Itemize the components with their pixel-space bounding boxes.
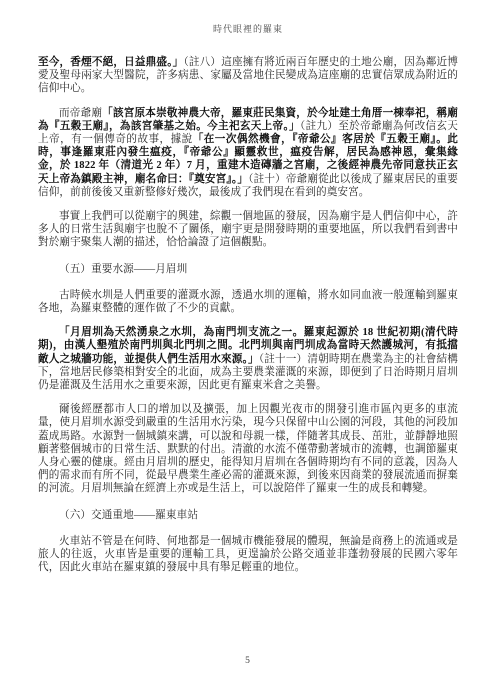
- page-number: 5: [0, 656, 495, 666]
- body-text: 而帝爺廟: [59, 108, 102, 119]
- paragraph: 古時候水圳是人們重要的灌溉水源，透過水圳的運輸，將水如同血液一般運輸到羅東各地，…: [38, 289, 458, 315]
- body-text: 古時候水圳是人們重要的灌溉水源，透過水圳的運輸，將水如同血液一般運輸到羅東各地，…: [38, 290, 458, 314]
- quote-bold-text: 至今，香煙不絕，日益鼎盛。」: [38, 57, 183, 68]
- paragraph: 爾後經歷都市人口的增加以及擴張，加上因觀光夜市的開發引進市區內更多的車流量，使月…: [38, 403, 458, 495]
- paragraph: 而帝爺廟「該宮原本崇敬神農大帝，羅東莊民集資，於今址建土角厝一棟奉祀，稱廟為『五…: [38, 107, 458, 199]
- section-heading: （六）交通重地——羅東車站: [38, 509, 458, 522]
- body-text: 爾後經歷都市人口的增加以及擴張，加上因觀光夜市的開發引進市區內更多的車流量，使月…: [38, 404, 458, 494]
- body-text: （五）重要水源——月眉圳: [59, 264, 187, 275]
- paragraph: 火車站不管是在何時、何地都是一個城市機能發展的體現，無論是商務上的流通或是旅人的…: [38, 535, 458, 575]
- body-text: （六）交通重地——羅東車站: [59, 510, 198, 521]
- section-heading: （五）重要水源——月眉圳: [38, 263, 458, 276]
- body-text: 火車站不管是在何時、何地都是一個城市機能發展的體現，無論是商務上的流通或是旅人的…: [38, 536, 458, 573]
- paragraph: 「月眉圳為天然湧泉之水圳，為南門圳支流之一。羅東起源於 18 世紀初期(清代時期…: [38, 326, 458, 392]
- document-body: 至今，香煙不絕，日益鼎盛。」（註八）這座擁有將近兩百年歷史的土地公廟，因為鄰近博…: [38, 56, 458, 575]
- paragraph: 事實上我們可以從廟宇的興建，綜觀一個地區的發展，因為廟宇是人們信仰中心，許多人的…: [38, 210, 458, 250]
- running-header: 時代眼裡的羅東: [38, 22, 458, 35]
- paragraph: 至今，香煙不絕，日益鼎盛。」（註八）這座擁有將近兩百年歷史的土地公廟，因為鄰近博…: [38, 56, 458, 96]
- body-text: 事實上我們可以從廟宇的興建，綜觀一個地區的發展，因為廟宇是人們信仰中心，許多人的…: [38, 211, 458, 248]
- document-page: 時代眼裡的羅東 至今，香煙不絕，日益鼎盛。」（註八）這座擁有將近兩百年歷史的土地…: [0, 0, 495, 700]
